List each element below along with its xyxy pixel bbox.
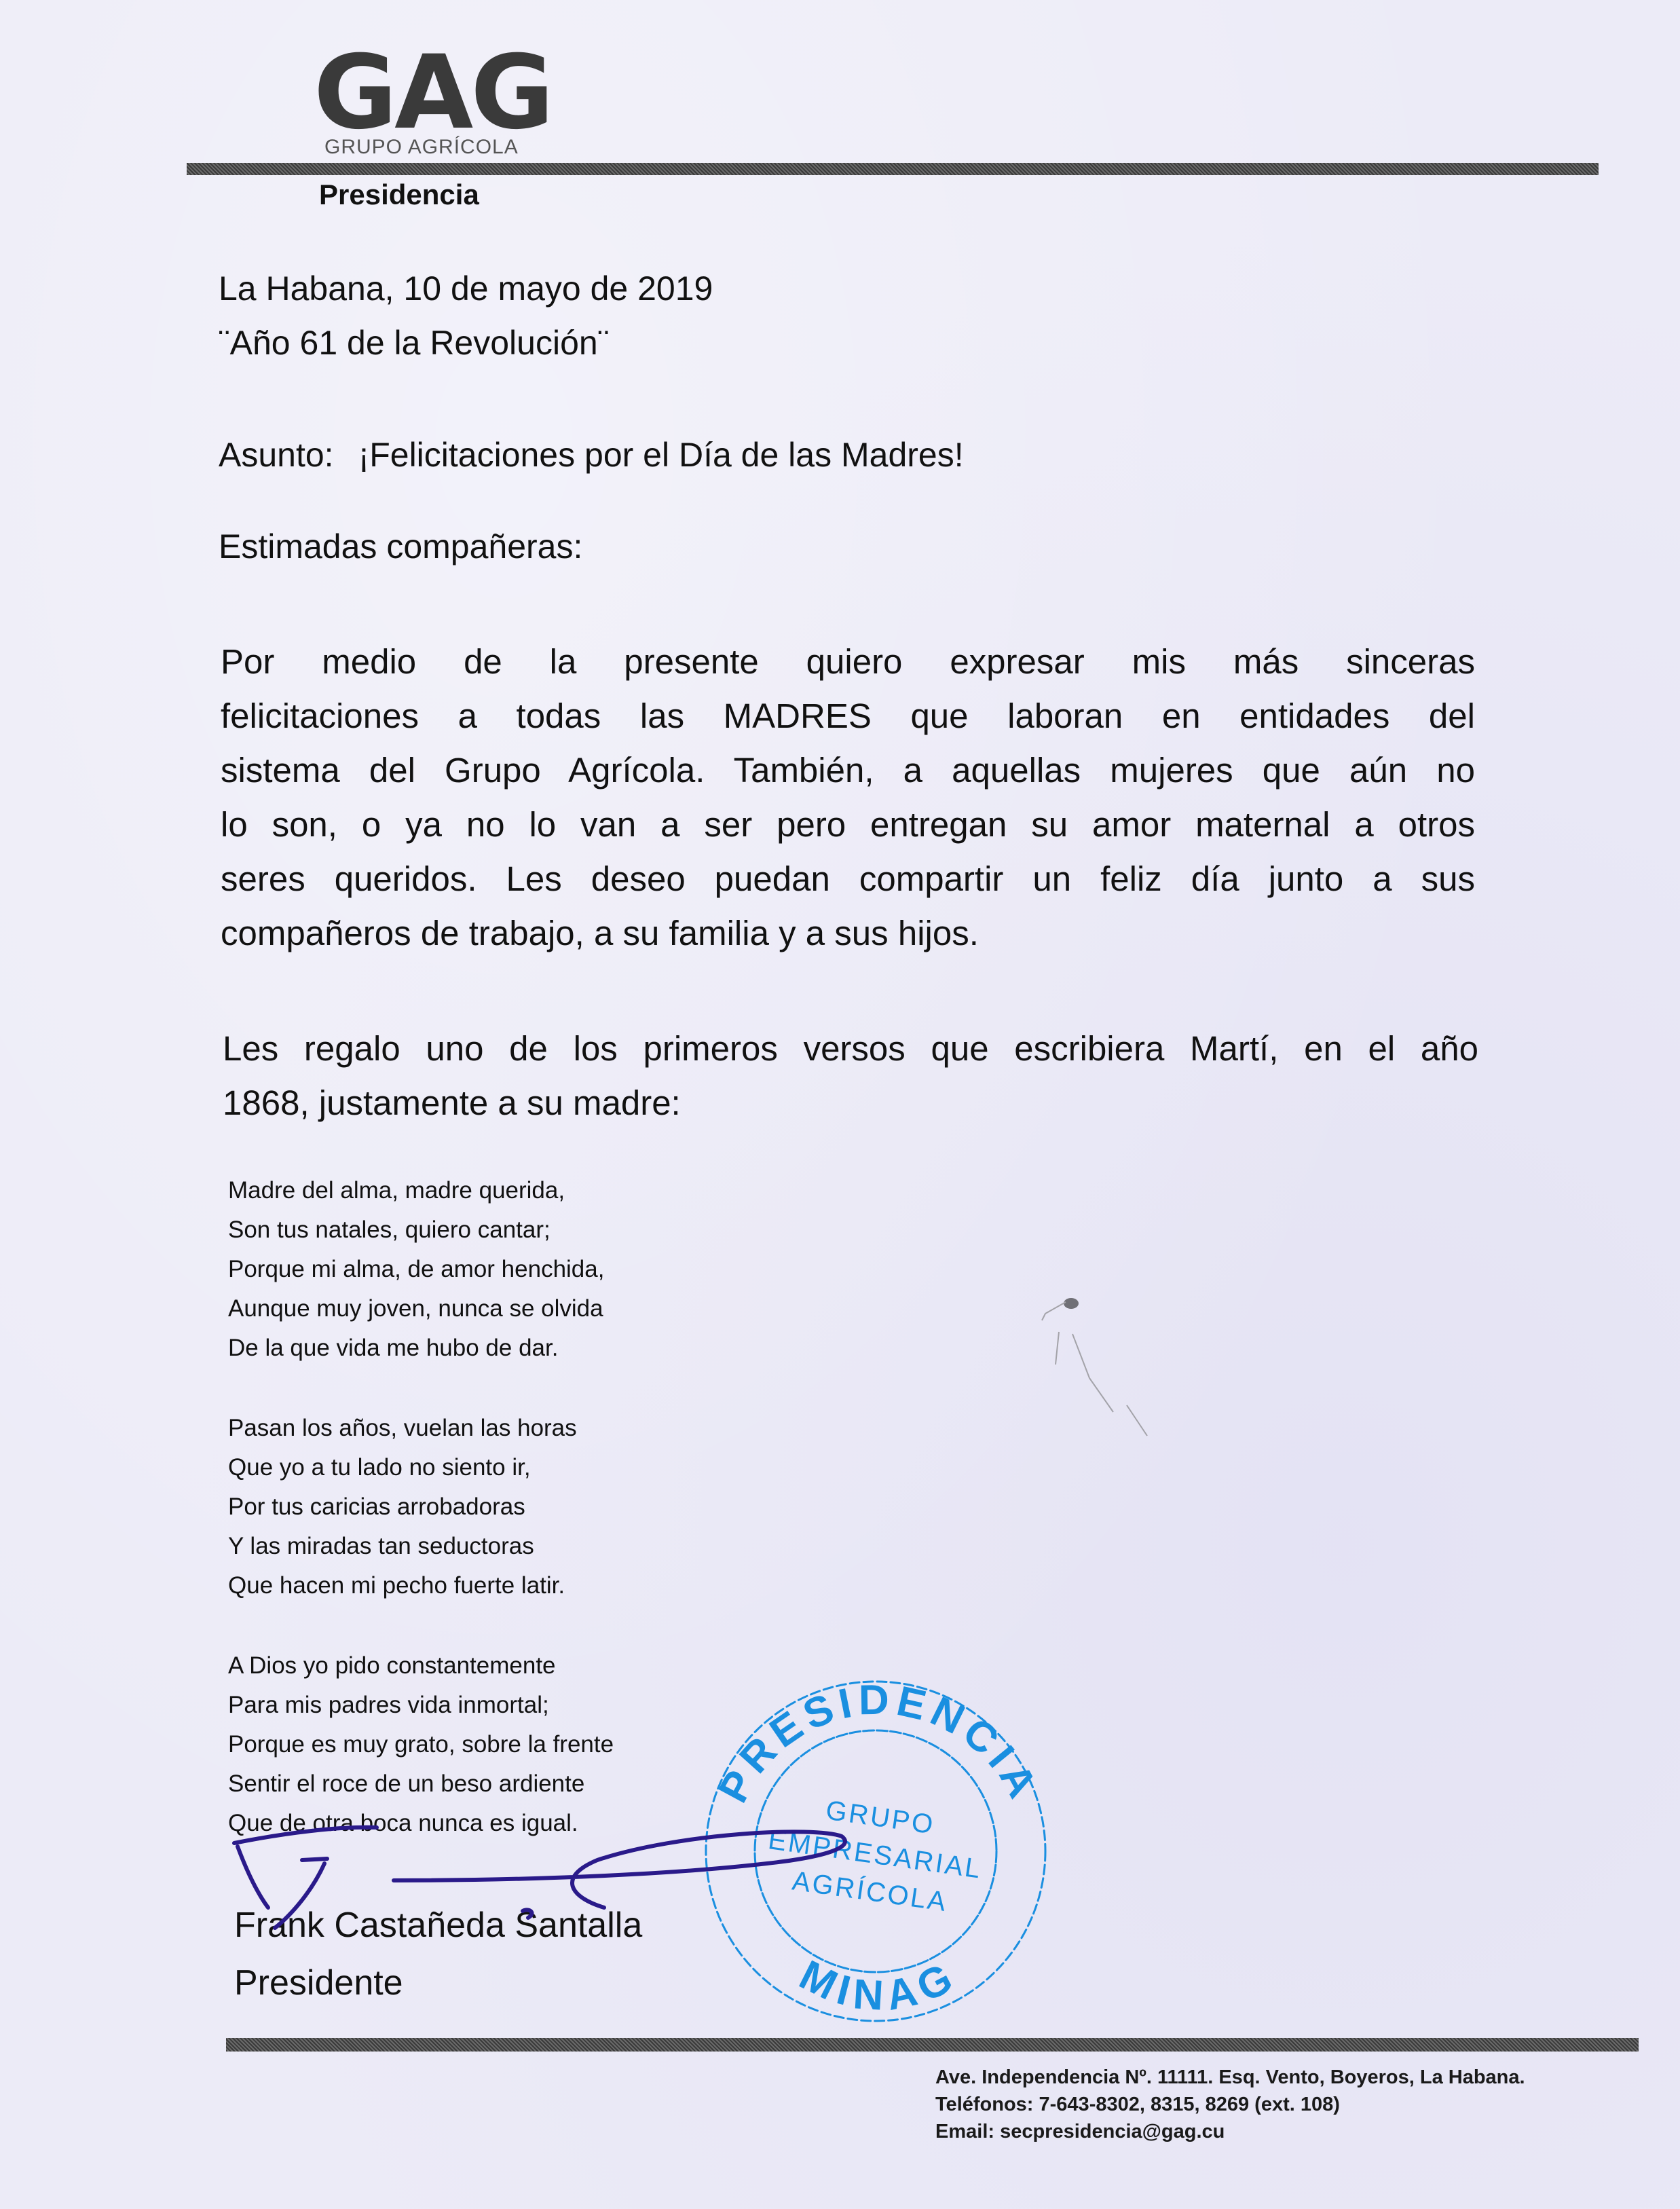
- subject-label: Asunto:: [219, 436, 334, 474]
- poem-stanza-1: Madre del alma, madre querida, Son tus n…: [228, 1171, 604, 1368]
- poem-stanza-3: A Dios yo pido constantemente Para mis p…: [228, 1646, 614, 1843]
- greeting: Estimadas compañeras:: [219, 530, 582, 563]
- poem-line: Que yo a tu lado no siento ir,: [228, 1448, 577, 1487]
- stamp-center-line: GRUPO: [824, 1795, 937, 1840]
- footer-address: Ave. Independencia Nº. 11111. Esq. Vento…: [935, 2064, 1525, 2091]
- year-motto: ¨Año 61 de la Revolución¨: [219, 326, 609, 360]
- poem-line: Por tus caricias arrobadoras: [228, 1487, 577, 1527]
- poem-line: Que hacen mi pecho fuerte latir.: [228, 1566, 577, 1605]
- svg-text:PRESIDENCIA: PRESIDENCIA: [710, 1677, 1049, 1811]
- paragraph-line: compañeros de trabajo, a su familia y a …: [221, 906, 1475, 961]
- official-stamp: PRESIDENCIA MINAG GRUPO EMPRESARIAL AGRÍ…: [706, 1677, 1048, 2021]
- header-divider: [187, 163, 1599, 175]
- poem-line: Madre del alma, madre querida,: [228, 1171, 604, 1210]
- dateline: La Habana, 10 de mayo de 2019: [219, 272, 713, 305]
- smudge-mark: [1042, 1298, 1147, 1436]
- poem-line: Para mis padres vida inmortal;: [228, 1686, 614, 1725]
- subject-line: Asunto:¡Felicitaciones por el Día de las…: [219, 438, 964, 472]
- footer-email[interactable]: Email: secpresidencia@gag.cu: [935, 2118, 1525, 2145]
- footer-contact: Ave. Independencia Nº. 11111. Esq. Vento…: [935, 2064, 1525, 2145]
- poem-line: De la que vida me hubo de dar.: [228, 1329, 604, 1368]
- poem-line: A Dios yo pido constantemente: [228, 1646, 614, 1686]
- poem-line: Que de otra boca nunca es igual.: [228, 1804, 614, 1843]
- signer-name: Frank Castañeda Santalla: [234, 1908, 642, 1943]
- paragraph-line: felicitaciones a todas las MADRES que la…: [221, 689, 1475, 743]
- stamp-center-line: EMPRESARIAL: [766, 1825, 984, 1885]
- poem-intro: Les regalo uno de los primeros versos qu…: [223, 1022, 1478, 1130]
- poem-line: Porque mi alma, de amor henchida,: [228, 1250, 604, 1289]
- logo-subtitle: GRUPO AGRÍCOLA: [324, 137, 519, 157]
- department-heading: Presidencia: [319, 181, 479, 209]
- body-paragraph: Por medio de la presente quiero expresar…: [221, 635, 1475, 961]
- stamp-top-text: PRESIDENCIA: [710, 1677, 1049, 1811]
- poem-line: Pasan los años, vuelan las horas: [228, 1409, 577, 1448]
- intro-line: Les regalo uno de los primeros versos qu…: [223, 1022, 1478, 1076]
- stamp-center-line: AGRÍCOLA: [790, 1865, 950, 1918]
- poem-line: Sentir el roce de un beso ardiente: [228, 1764, 614, 1804]
- poem-line: Son tus natales, quiero cantar;: [228, 1210, 604, 1250]
- paragraph-line: sistema del Grupo Agrícola. También, a a…: [221, 743, 1475, 798]
- poem-line: Porque es muy grato, sobre la frente: [228, 1725, 614, 1764]
- poem-line: Aunque muy joven, nunca se olvida: [228, 1289, 604, 1329]
- subject-text: ¡Felicitaciones por el Día de las Madres…: [358, 436, 964, 474]
- intro-line: 1868, justamente a su madre:: [223, 1076, 1478, 1130]
- poem-line: Y las miradas tan seductoras: [228, 1527, 577, 1566]
- footer-divider: [226, 2038, 1639, 2052]
- footer-phones: Teléfonos: 7-643-8302, 8315, 8269 (ext. …: [935, 2091, 1525, 2118]
- svg-text:MINAG: MINAG: [792, 1952, 966, 2020]
- gag-logo: GAG: [314, 42, 551, 144]
- paragraph-line: seres queridos. Les deseo puedan compart…: [221, 852, 1475, 906]
- paragraph-line: Por medio de la presente quiero expresar…: [221, 635, 1475, 689]
- signer-title: Presidente: [234, 1965, 403, 2001]
- poem-stanza-2: Pasan los años, vuelan las horas Que yo …: [228, 1409, 577, 1605]
- paragraph-line: lo son, o ya no lo van a ser pero entreg…: [221, 798, 1475, 852]
- stamp-bottom-text: MINAG: [792, 1952, 966, 2020]
